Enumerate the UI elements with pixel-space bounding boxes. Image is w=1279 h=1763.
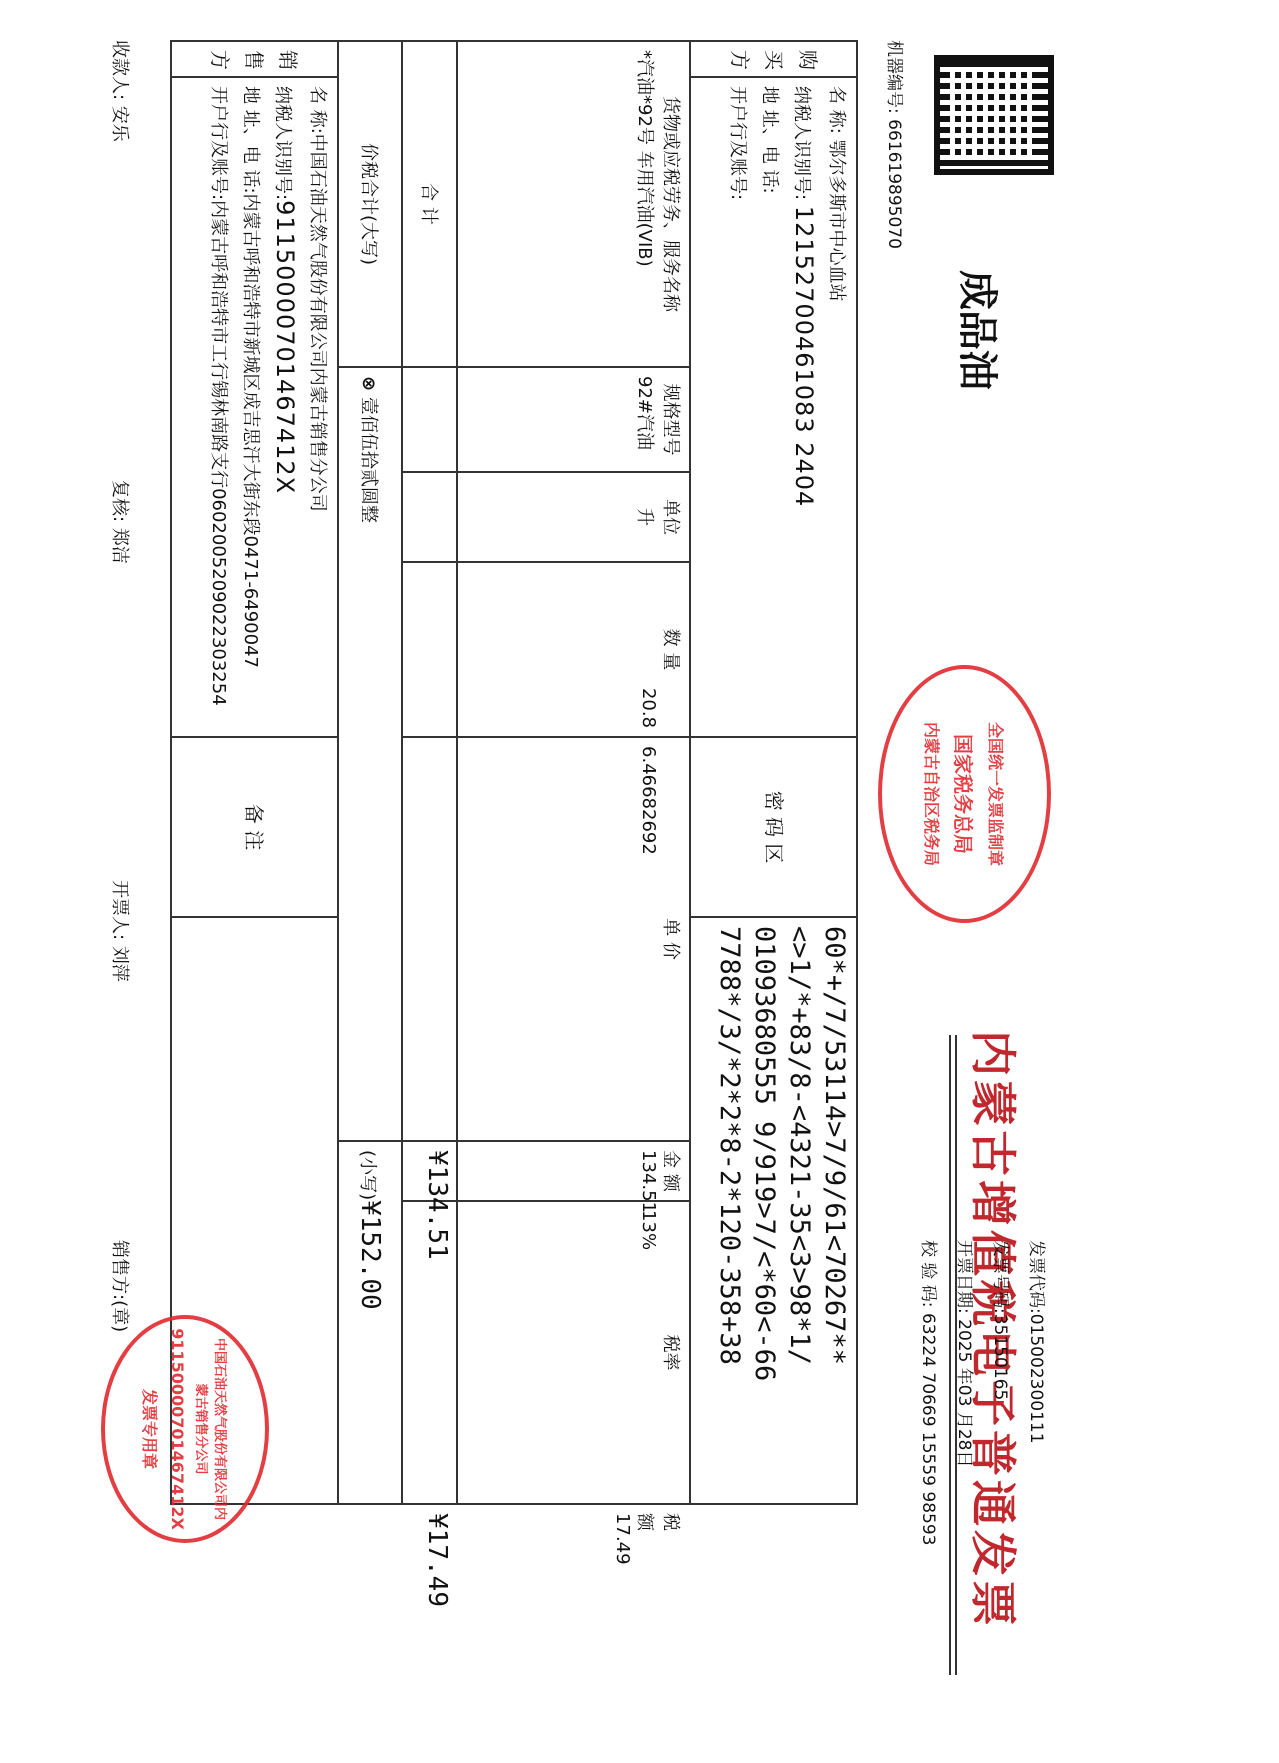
drawer-label: 开票人:: [109, 880, 130, 940]
item-taxrate-col: 税率 13%: [457, 1201, 690, 1504]
item-qty: 20.8: [639, 571, 660, 728]
cipher-line: 60*+/7/53114>7/9/61<70267**: [817, 926, 852, 1495]
header-qty: 数 量: [660, 571, 686, 728]
payee-value: 安乐: [109, 106, 130, 142]
issue-date: 开票日期: 2025 年03 月28日: [946, 1240, 982, 1545]
buyer-name: 名 称: 鄂尔多斯市中心血站: [820, 86, 852, 728]
reviewer-value: 郑洁: [109, 528, 130, 564]
grand-total-row: 价税合计(大写) ⊗ 壹佰伍拾贰圆整 (小写)¥152.00: [338, 41, 402, 1504]
item-spec: 92#汽油: [634, 376, 660, 463]
item-price: 6.46682692: [639, 746, 660, 1132]
item-qty-col: 数 量 20.8: [457, 562, 690, 737]
cipher-side-label: 密 码 区: [691, 737, 858, 917]
buyer-side-label: 购 买 方: [691, 41, 858, 77]
reviewer-label: 复核:: [109, 480, 130, 522]
seller-name-value: 中国石油天然气股份有限公司内蒙古销售分公司: [307, 134, 328, 512]
machine-number-value: 661619895070: [884, 119, 904, 249]
seller-seal-label: 销售方:(章): [108, 1240, 134, 1332]
qr-code: [934, 55, 1054, 175]
invoice-document: 机器编号: 661619895070 成品油 内蒙古增值税电子普通发票 发票代码…: [0, 0, 1279, 1763]
stamp-top-text: 全国统一发票监制章: [985, 722, 1008, 866]
buyer-name-label: 名 称:: [826, 86, 847, 134]
grand-total-lower-value: ¥152.00: [355, 1200, 385, 1310]
header-price: 单 价: [660, 746, 686, 1132]
header-spec: 规格型号: [660, 376, 686, 463]
seller-info: 名 称:中国石油天然气股份有限公司内蒙古销售分公司 纳税人识别号:9115000…: [171, 77, 338, 737]
grand-total-label: 价税合计(大写): [338, 41, 402, 367]
check-code-label: 校 验 码:: [918, 1240, 938, 1308]
seller-name-label: 名 称:: [307, 86, 328, 134]
seller-side-label: 销 售 方: [171, 41, 338, 77]
header-item-name: 货物或应税劳务、服务名称: [660, 50, 686, 358]
invoice-code-value: 015002300111: [1026, 1314, 1046, 1444]
item-spec-col: 规格型号 92#汽油: [457, 367, 690, 472]
seller-invoice-seal: 中国石油天然气股份有限公司内蒙古销售分公司 91150000701467412X…: [101, 1315, 269, 1543]
issue-date-label: 开票日期:: [954, 1240, 974, 1314]
buyer-tax-id: 纳税人识别号: 12152700461083 2404: [785, 86, 820, 728]
cross-circle-icon: ⊗: [358, 376, 379, 391]
buyer-name-value: 鄂尔多斯市中心血站: [826, 140, 847, 302]
total-empty: [402, 562, 458, 737]
total-amount: ¥134.51: [402, 1141, 458, 1201]
machine-number-label: 机器编号:: [884, 40, 904, 114]
invoice-table: 购 买 方 名 称: 鄂尔多斯市中心血站 纳税人识别号: 12152700461…: [170, 40, 858, 1505]
header-amount: 金 额: [660, 1150, 686, 1192]
check-code-value: 63224 70669 15559 98593: [918, 1313, 938, 1546]
cipher-line: <>1/*+83/8-<4321-35<3>98*1/: [782, 926, 817, 1495]
item-amount: 134.51: [639, 1150, 660, 1192]
drawer-value: 刘萍: [109, 946, 130, 982]
cipher-area: 60*+/7/53114>7/9/61<70267** <>1/*+83/8-<…: [691, 917, 858, 1504]
seller-address-value: 内蒙古呼和浩特市新城区成吉思汗大街东段0471-6490047: [240, 194, 261, 668]
payee: 收款人: 安乐: [108, 40, 134, 142]
buyer-address: 地 址、电 话:: [753, 86, 785, 728]
cipher-line: 01093680555 9/919>7/<*60<-66: [747, 926, 782, 1495]
buyer-bank-label: 开户行及账号:: [727, 86, 748, 200]
seal-mid-text: 91150000701467412X: [168, 1328, 187, 1530]
buyer-info: 名 称: 鄂尔多斯市中心血站 纳税人识别号: 12152700461083 24…: [691, 77, 858, 737]
item-name: *汽油*92号 车用汽油(VIB): [634, 50, 660, 358]
buyer-tax-id-label: 纳税人识别号:: [791, 86, 812, 200]
item-tax-rate: 13%: [639, 1210, 660, 1495]
seal-top-text: 中国石油天然气股份有限公司内蒙古销售分公司: [193, 1319, 231, 1539]
reviewer: 复核: 郑洁: [108, 480, 134, 564]
drawer: 开票人: 刘萍: [108, 880, 134, 982]
invoice-code-label: 发票代码:: [1026, 1240, 1046, 1314]
seller-row: 销 售 方 名 称:中国石油天然气股份有限公司内蒙古销售分公司 纳税人识别号:9…: [171, 41, 338, 1504]
item-unit-col: 单位 升: [457, 472, 690, 562]
grand-total-lower-label: (小写): [357, 1150, 378, 1200]
header-unit: 单位: [660, 481, 686, 553]
stamp-bottom-text: 内蒙古自治区税务局: [921, 722, 944, 866]
grand-total-upper-value: 壹佰伍拾贰圆整: [358, 397, 379, 523]
buyer-address-label: 地 址、电 话:: [759, 86, 780, 194]
seller-tax-id-value: 91150000701467412X: [271, 200, 299, 494]
seller-bank-label: 开户行及账号:: [208, 86, 229, 200]
seller-address-label: 地 址、电 话:: [240, 86, 261, 194]
seller-tax-id: 纳税人识别号:91150000701467412X: [266, 86, 301, 728]
machine-number: 机器编号: 661619895070: [884, 40, 909, 249]
invoice-number: 发票号码:35150165: [982, 1240, 1018, 1545]
remarks-side-label: 备 注: [171, 737, 338, 917]
seller-bank: 开户行及账号:内蒙古呼和浩特市工行锡林南路支行06020052090223032…: [202, 86, 234, 728]
buyer-tax-id-value: 12152700461083 2404: [790, 206, 818, 507]
invoice-meta: 发票代码:015002300111 发票号码:35150165 开票日期: 20…: [910, 1240, 1054, 1545]
grand-total-upper: ⊗ 壹佰伍拾贰圆整: [338, 367, 402, 1141]
header-tax-rate: 税率: [660, 1210, 686, 1495]
product-type: 成品油: [952, 270, 1009, 390]
total-row: 合 计 ¥134.51 ¥17.49: [402, 41, 458, 1504]
total-empty: [402, 367, 458, 472]
check-code: 校 验 码: 63224 70669 15559 98593: [910, 1240, 946, 1545]
total-label: 合 计: [402, 41, 458, 367]
invoice-number-value: 35150165: [990, 1314, 1010, 1401]
seal-bottom-text: 发票专用章: [139, 1389, 162, 1469]
item-unit: 升: [634, 481, 660, 553]
tax-bureau-stamp: 全国统一发票监制章 国家税务总局 内蒙古自治区税务局: [878, 665, 1051, 923]
stamp-mid-text: 国家税务总局: [950, 734, 979, 854]
payee-label: 收款人:: [109, 40, 130, 100]
item-price-col: 单 价 6.46682692: [457, 737, 690, 1141]
buyer-row: 购 买 方 名 称: 鄂尔多斯市中心血站 纳税人识别号: 12152700461…: [691, 41, 858, 1504]
issue-date-value: 2025 年03 月28日: [954, 1319, 974, 1467]
total-empty: [402, 472, 458, 562]
invoice-code: 发票代码:015002300111: [1018, 1240, 1054, 1545]
grand-total-lower: (小写)¥152.00: [338, 1141, 402, 1504]
total-empty: [402, 737, 458, 1141]
seller-address: 地 址、电 话:内蒙古呼和浩特市新城区成吉思汗大街东段0471-6490047: [234, 86, 266, 728]
item-amount-col: 金 额 134.51: [457, 1141, 690, 1201]
cipher-line: 7788*/3/*2*2*8-2*120-358+38: [712, 926, 747, 1495]
seller-bank-value: 内蒙古呼和浩特市工行锡林南路支行0602005209022303254: [208, 200, 229, 706]
seller-tax-id-label: 纳税人识别号:: [272, 86, 293, 200]
seller-name: 名 称:中国石油天然气股份有限公司内蒙古销售分公司: [301, 86, 333, 728]
item-name-col: 货物或应税劳务、服务名称 *汽油*92号 车用汽油(VIB): [457, 41, 690, 367]
buyer-bank: 开户行及账号:: [721, 86, 753, 728]
invoice-number-label: 发票号码:: [990, 1240, 1010, 1314]
items-row: 货物或应税劳务、服务名称 *汽油*92号 车用汽油(VIB) 规格型号 92#汽…: [457, 41, 690, 1504]
